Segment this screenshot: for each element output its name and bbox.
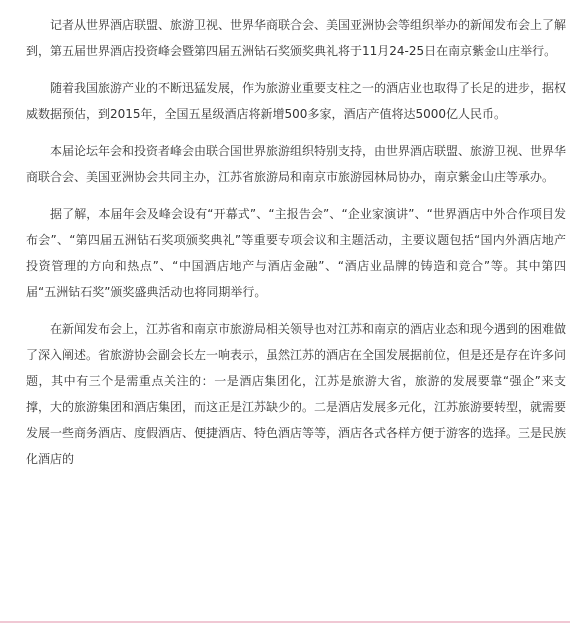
- paragraph-agenda: 据了解，本届年会及峰会设有“开幕式”、“主报告会”、“企业家演讲”、“世界酒店中…: [26, 201, 566, 305]
- paragraph-jiangsu-remarks: 在新闻发布会上，江苏省和南京市旅游局相关领导也对江苏和南京的酒店业态和现今遇到的…: [26, 316, 566, 472]
- paragraph-press-conference: 记者从世界酒店联盟、旅游卫视、世界华商联合会、美国亚洲协会等组织举办的新闻发布会…: [26, 12, 566, 64]
- paragraph-organizers: 本届论坛年会和投资者峰会由联合国世界旅游组织特别支持，由世界酒店联盟、旅游卫视、…: [26, 138, 566, 190]
- article-body: 记者从世界酒店联盟、旅游卫视、世界华商联合会、美国亚洲协会等组织举办的新闻发布会…: [26, 12, 566, 483]
- paragraph-industry-growth: 随着我国旅游产业的不断迅猛发展，作为旅游业重要支柱之一的酒店业也取得了长足的进步…: [26, 75, 566, 127]
